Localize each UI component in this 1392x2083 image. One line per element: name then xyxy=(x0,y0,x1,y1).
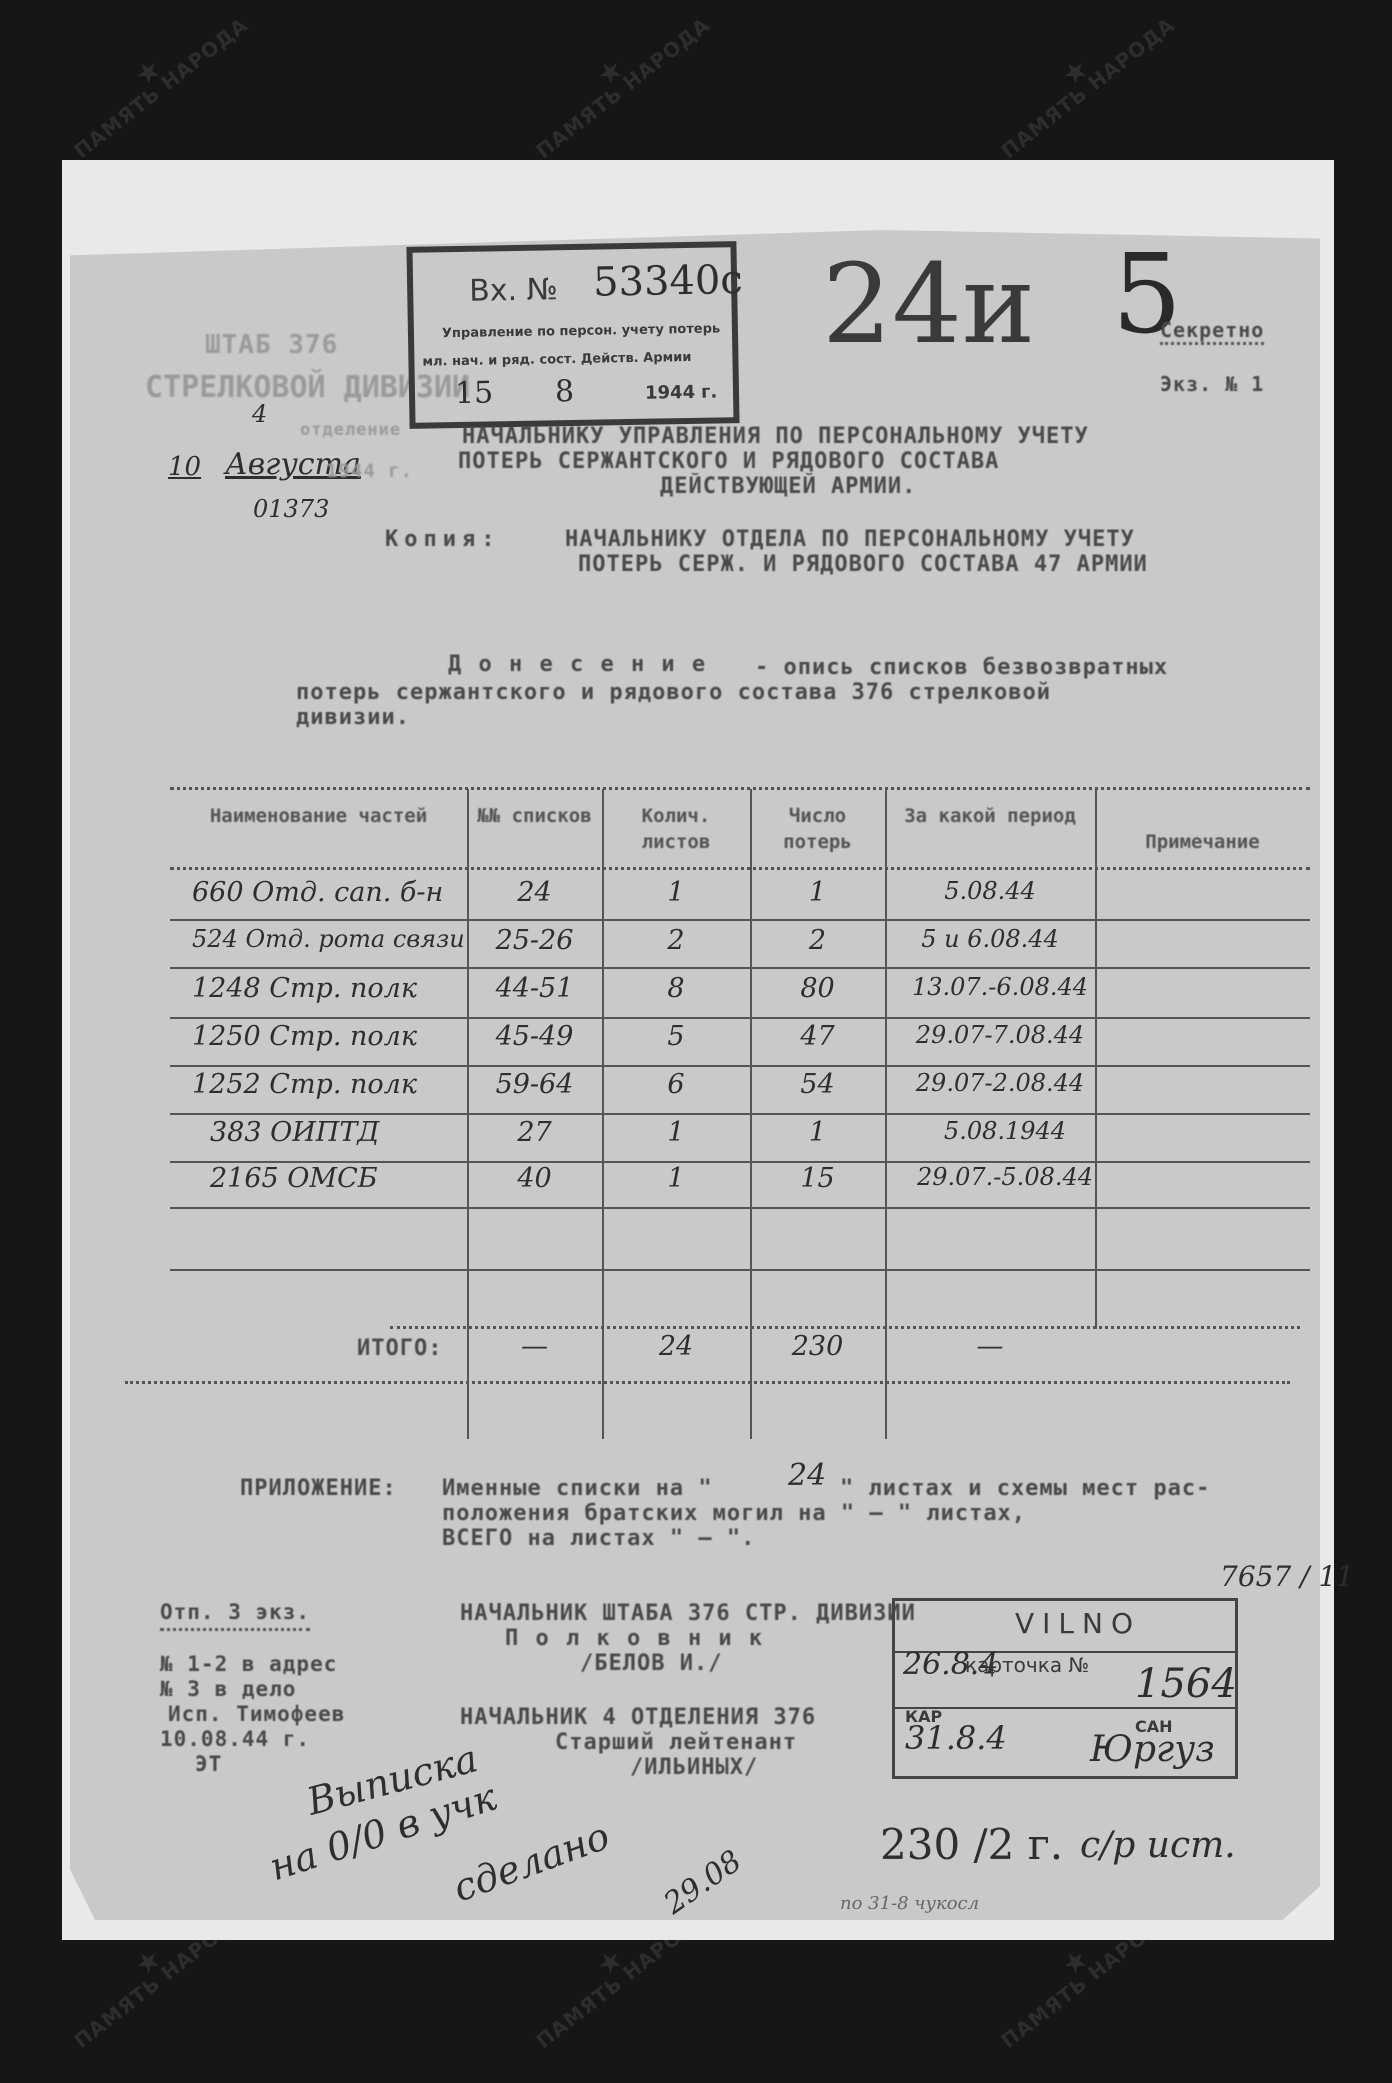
handwritten-number: 230 /2 г. xyxy=(880,1820,1063,1869)
cell-sheets: 5 xyxy=(602,1021,750,1052)
appendix-label: ПРИЛОЖЕНИЕ: xyxy=(240,1476,397,1501)
copy-line-1: НАЧАЛЬНИКУ ОТДЕЛА ПО ПЕРСОНАЛЬНОМУ УЧЕТУ xyxy=(565,527,1135,552)
star-icon: ★ xyxy=(58,0,239,146)
department-label: отделение xyxy=(300,420,401,440)
cell-sheets: 8 xyxy=(602,973,750,1004)
sender-note-4: Исп. Тимофеев xyxy=(168,1702,345,1726)
chief-title: НАЧАЛЬНИК ШТАБА 376 СТР. ДИВИЗИИ xyxy=(460,1601,916,1626)
column-header-lists: №№ списков xyxy=(467,803,602,829)
row-divider xyxy=(170,1207,1310,1209)
chief-rank: П о л к о в н и к xyxy=(505,1626,764,1651)
cell-unit: 1252 Стр. полк xyxy=(192,1069,467,1100)
handwritten-tail: с/р ист. xyxy=(1080,1825,1236,1866)
row-divider xyxy=(170,1017,1310,1019)
star-icon: ★ xyxy=(985,0,1166,146)
cell-sheets: 1 xyxy=(602,877,750,908)
cell-sheets: 1 xyxy=(602,1117,750,1148)
cell-lists: 59-64 xyxy=(467,1069,602,1100)
cell-losses: 1 xyxy=(750,877,885,908)
incoming-stamp: Вх. № 53340с Управление по персон. учету… xyxy=(406,241,739,429)
column-header-note: Примечание xyxy=(1095,829,1310,855)
cell-period: 29.07.-5.08.44 xyxy=(885,1163,1125,1191)
cell-losses: 47 xyxy=(750,1021,885,1052)
cell-period: 5 и 6.08.44 xyxy=(885,925,1095,953)
handwritten-code: 24и xyxy=(822,240,1035,368)
row-divider xyxy=(170,919,1310,921)
incoming-prefix: Вх. № xyxy=(469,272,558,309)
incoming-number: 53340с xyxy=(593,257,743,306)
losses-table: Наименование частей №№ списков Колич. ли… xyxy=(170,783,1310,1443)
total-period: — xyxy=(885,1331,1095,1362)
cell-lists: 24 xyxy=(467,877,602,908)
vilno-signature: Юргуз xyxy=(1090,1729,1215,1770)
report-title-line-2: потерь сержантского и рядового состава 3… xyxy=(296,680,1051,705)
date-day: 10 xyxy=(168,452,201,482)
cell-unit: 1248 Стр. полк xyxy=(192,973,467,1004)
sender-note-1: Отп. 3 экз. xyxy=(160,1600,310,1631)
watermark: ★ПАМЯТЬ НАРОДА xyxy=(58,0,251,161)
cell-unit: 660 Отд. сап. б-н xyxy=(192,877,467,908)
vilno-card-label: карточка № xyxy=(965,1653,1089,1677)
handwritten-small-note: по 31-8 чукосл xyxy=(840,1893,979,1914)
cell-lists: 40 xyxy=(467,1163,602,1194)
column-divider xyxy=(1095,789,1097,1329)
vilno-city: VILNO xyxy=(1015,1607,1141,1640)
incoming-year-suffix: г. xyxy=(701,381,718,402)
cell-unit: 383 ОИПТД xyxy=(210,1117,467,1148)
cell-lists: 44-51 xyxy=(467,973,602,1004)
outgoing-number: 01373 xyxy=(253,495,329,523)
row-divider xyxy=(170,1113,1310,1115)
cell-unit: 2165 ОМСБ xyxy=(210,1163,467,1194)
table-bottom-border xyxy=(125,1381,1290,1384)
total-sheets: 24 xyxy=(602,1331,750,1362)
cell-losses: 15 xyxy=(750,1163,885,1194)
cell-losses: 1 xyxy=(750,1117,885,1148)
cell-lists: 25-26 xyxy=(467,925,602,956)
row-divider xyxy=(170,1065,1310,1067)
dept-title: НАЧАЛЬНИК 4 ОТДЕЛЕНИЯ 376 xyxy=(460,1705,816,1730)
vilno-card-number: 1564 xyxy=(1135,1661,1237,1707)
incoming-date-year: 1944 xyxy=(645,382,695,404)
copy-line-2: ПОТЕРЬ СЕРЖ. И РЯДОВОГО СОСТАВА 47 АРМИИ xyxy=(578,552,1148,577)
department-number: 4 xyxy=(252,400,267,428)
report-title-line-1: - опись списков безвозвратных xyxy=(755,655,1168,680)
chief-name: /БЕЛОВ И./ xyxy=(580,1651,722,1676)
report-title-line-3: дивизии. xyxy=(296,705,410,730)
cell-period: 29.07-7.08.44 xyxy=(885,1021,1115,1049)
incoming-line-1: Управление по персон. учету потерь xyxy=(442,321,720,341)
sender-note-6: ЭТ xyxy=(195,1752,222,1776)
sender-note-3: № 3 в дело xyxy=(160,1677,296,1701)
column-header-losses: Число потерь xyxy=(750,803,885,855)
appendix-sheet-count: 24 xyxy=(788,1458,826,1493)
cell-period: 5.08.1944 xyxy=(900,1117,1110,1145)
watermark: ★ПАМЯТЬ НАРОДА xyxy=(520,0,713,161)
appendix-line-2: положения братских могил на " — " листах… xyxy=(442,1501,1026,1526)
cell-losses: 54 xyxy=(750,1069,885,1100)
addressee-line-2: ПОТЕРЬ СЕРЖАНТСКОГО И РЯДОВОГО СОСТАВА xyxy=(458,449,999,474)
total-top-border xyxy=(390,1326,1300,1329)
cell-sheets: 1 xyxy=(602,1163,750,1194)
sender-note-2: № 1-2 в адрес xyxy=(160,1652,337,1676)
cell-lists: 27 xyxy=(467,1117,602,1148)
column-header-unit: Наименование частей xyxy=(170,803,467,829)
star-icon: ★ xyxy=(520,0,701,146)
dept-name: /ИЛЬИНЫХ/ xyxy=(630,1755,758,1780)
cell-sheets: 6 xyxy=(602,1069,750,1100)
classification-label: Секретно xyxy=(1160,318,1264,345)
appendix-line-1b: " листах и схемы мест рас- xyxy=(840,1476,1210,1501)
cell-unit: 524 Отд. рота связи xyxy=(192,925,467,953)
cell-losses: 2 xyxy=(750,925,885,956)
addressee-line-1: НАЧАЛЬНИКУ УПРАВЛЕНИЯ ПО ПЕРСОНАЛЬНОМУ У… xyxy=(462,424,1089,449)
incoming-line-2: мл. нач. и ряд. сост. Действ. Армии xyxy=(422,350,691,370)
cell-lists: 45-49 xyxy=(467,1021,602,1052)
cell-losses: 80 xyxy=(750,973,885,1004)
total-lists: — xyxy=(467,1331,602,1362)
total-losses: 230 xyxy=(750,1331,885,1362)
watermark: ★ПАМЯТЬ НАРОДА xyxy=(985,0,1178,161)
dept-rank: Старший лейтенант xyxy=(555,1730,797,1755)
appendix-line-1a: Именные списки на " xyxy=(442,1476,713,1501)
cell-unit: 1250 Стр. полк xyxy=(192,1021,467,1052)
report-title-word: Д о н е с е н и е xyxy=(448,652,707,677)
vilno-date-2: 31.8.4 xyxy=(905,1719,1007,1757)
copy-label: Копия: xyxy=(385,527,500,552)
cell-period: 29.07-2.08.44 xyxy=(885,1069,1115,1097)
appendix-line-3: ВСЕГО на листах " — ". xyxy=(442,1526,755,1551)
row-divider xyxy=(170,1269,1310,1271)
cell-period: 13.07.-6.08.44 xyxy=(885,973,1115,1001)
incoming-date-month: 8 xyxy=(555,374,575,409)
cell-period: 5.08.44 xyxy=(885,877,1095,905)
copy-number: Экз. № 1 xyxy=(1160,372,1264,396)
table-top-border xyxy=(170,787,1310,790)
org-line-1: ШТАБ 376 xyxy=(205,330,338,360)
addressee-line-3: ДЕЙСТВУЮЩЕЙ АРМИИ. xyxy=(660,474,916,499)
column-header-period: За какой период xyxy=(885,803,1095,829)
row-divider xyxy=(170,967,1310,969)
cell-sheets: 2 xyxy=(602,925,750,956)
date-year: 1944 г. xyxy=(326,460,413,482)
total-label: ИТОГО: xyxy=(357,1336,442,1361)
incoming-date-day: 15 xyxy=(455,375,494,411)
corner-mark: 7657 / 11 xyxy=(1220,1560,1300,1594)
sender-note-5: 10.08.44 г. xyxy=(160,1727,310,1751)
vilno-stamp: VILNO 26.8.4 карточка № 1564 КАР 31.8.4 … xyxy=(892,1598,1238,1779)
table-header-border xyxy=(170,867,1310,870)
column-header-sheets: Колич. листов xyxy=(602,803,750,855)
